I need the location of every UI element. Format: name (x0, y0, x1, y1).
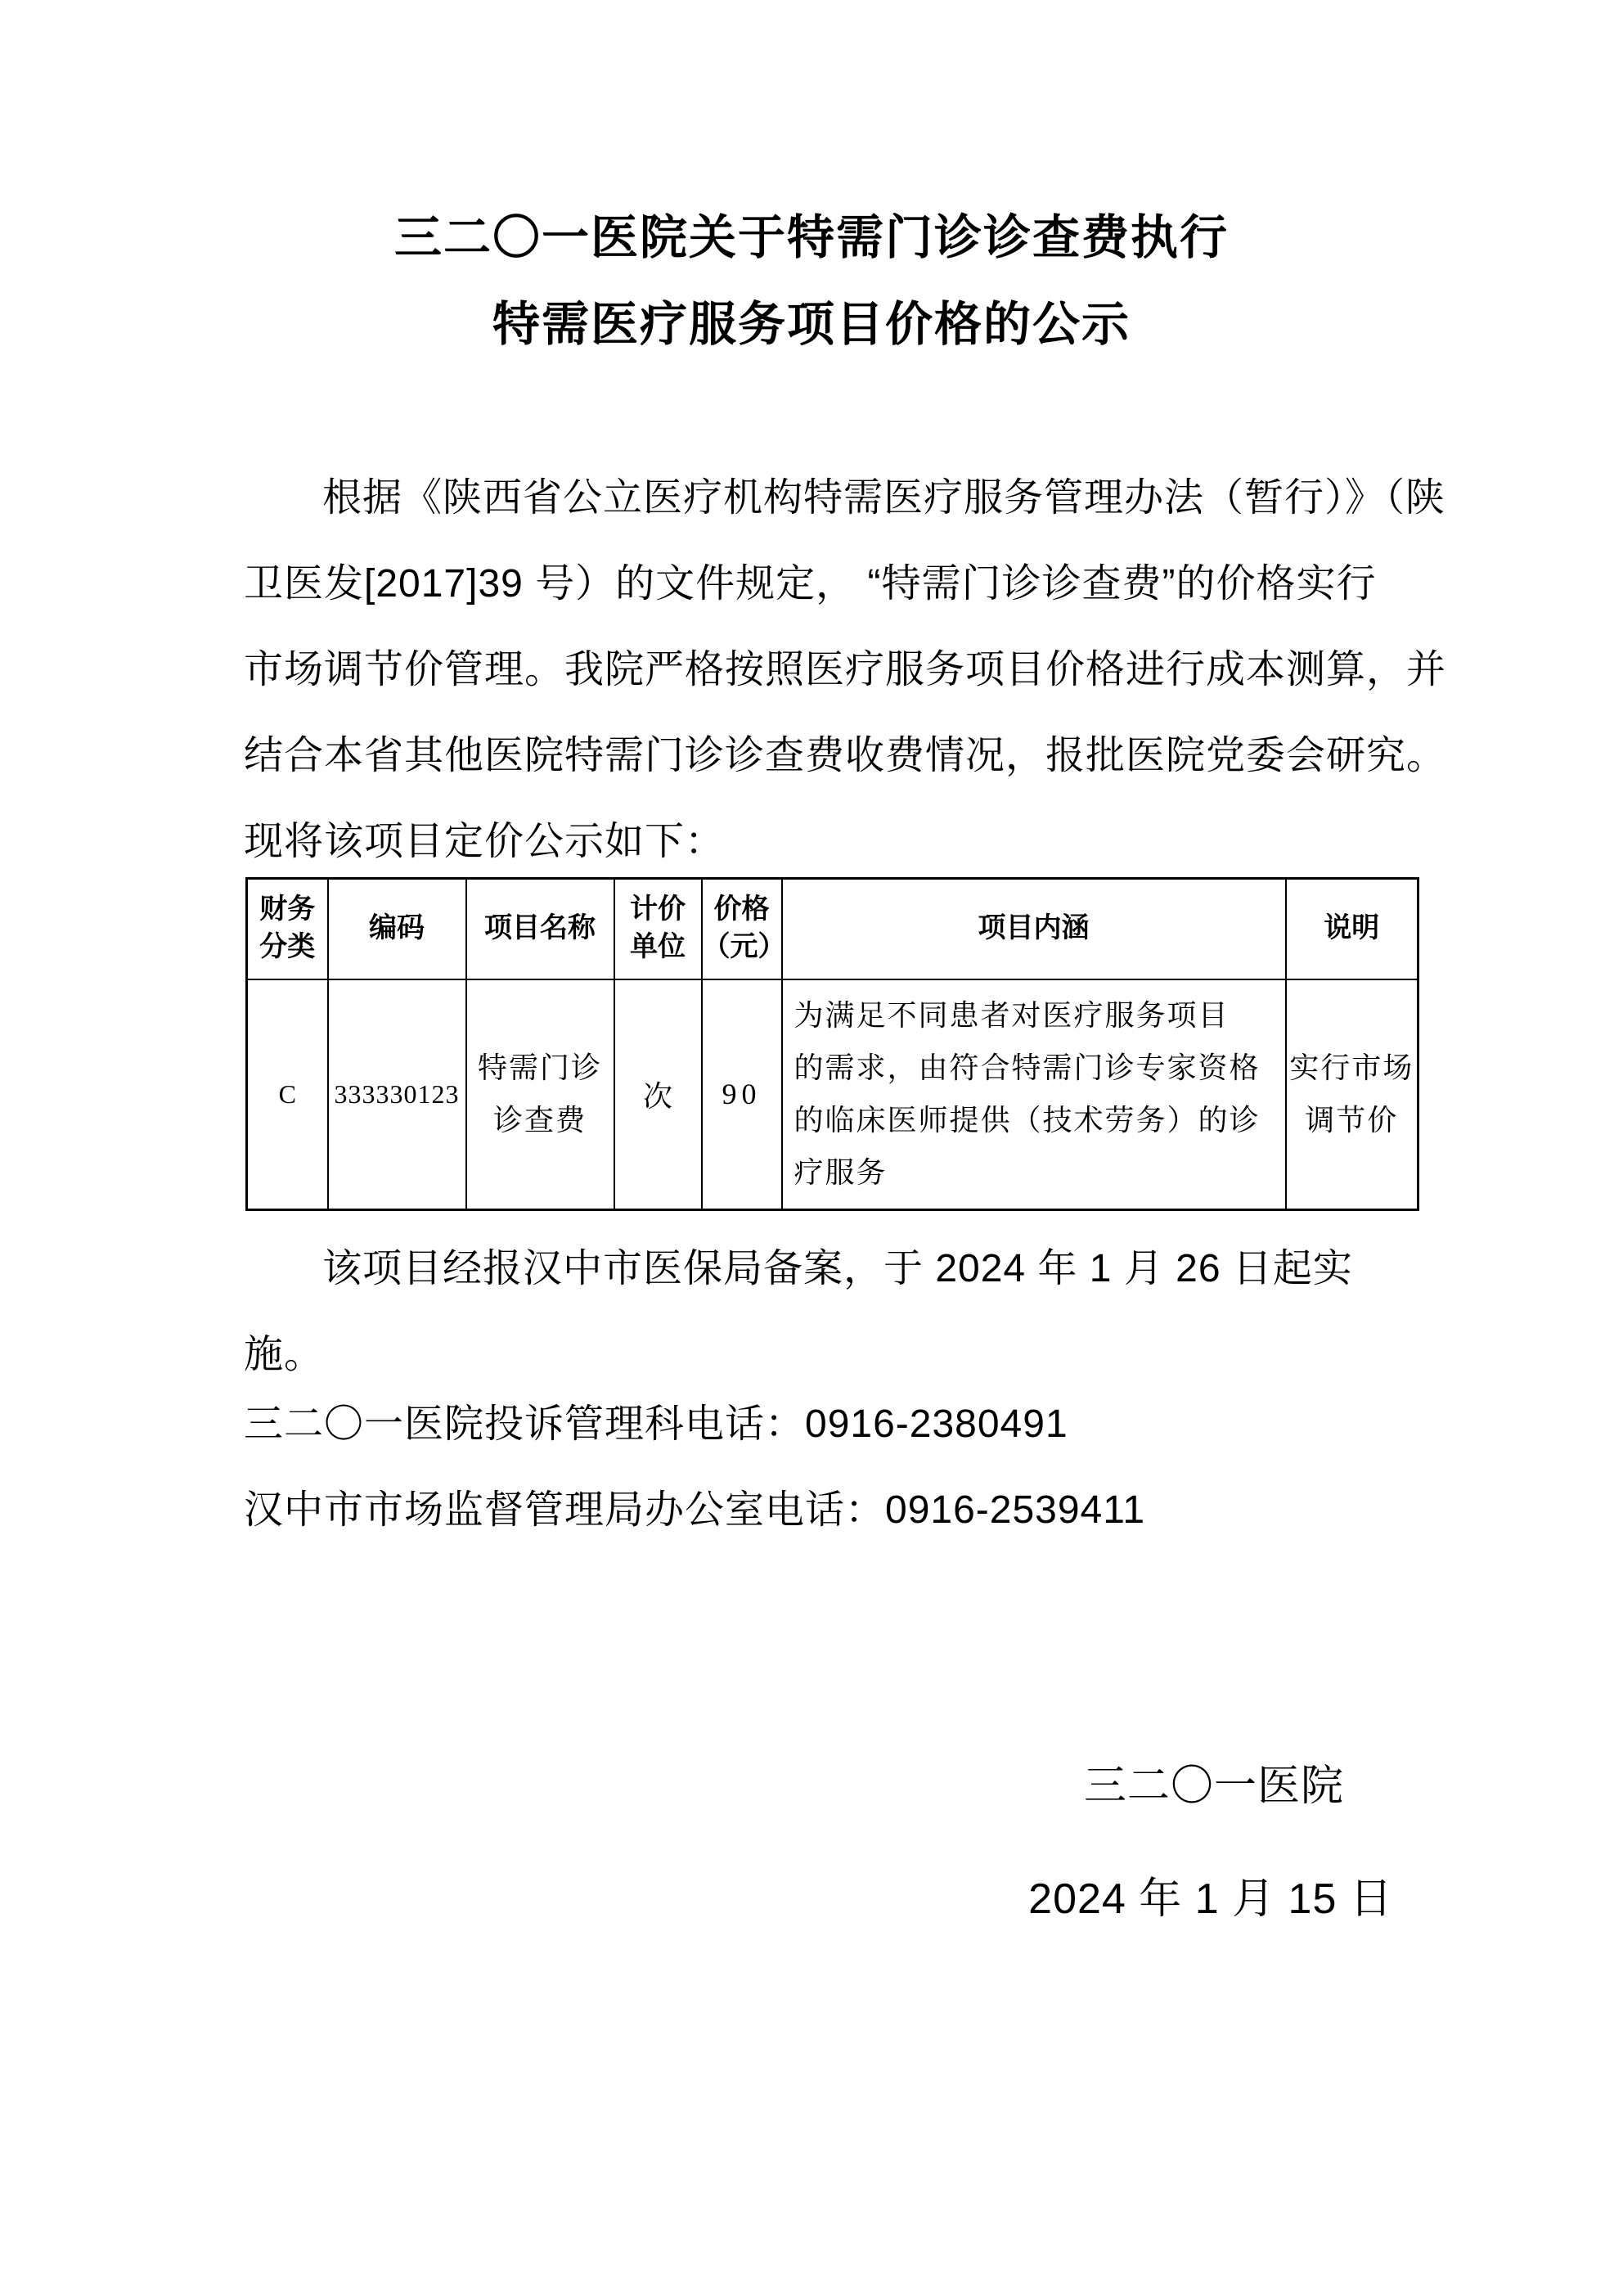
paragraph-line: 市场调节价管理。我院严格按照医疗服务项目价格进行成本测算，并 (244, 627, 1387, 713)
paragraph-line: 现将该项目定价公示如下： (244, 799, 1387, 885)
intro-paragraph: 根据《陕西省公立医疗机构特需医疗服务管理办法（暂行）》（陕 卫医发[2017]3… (244, 455, 1387, 885)
implementation-line: 该项目经报汉中市医保局备案，于 2024 年 1 月 26 日起实施。 (244, 1226, 1387, 1398)
implementation-statement: 该项目经报汉中市医保局备案，于 2024 年 1 月 26 日起实施。 (244, 1226, 1387, 1398)
signature-org: 三二〇一医院 (1041, 1751, 1387, 1812)
cell-price: 90 (702, 979, 782, 1210)
cell-unit: 次 (614, 979, 702, 1210)
cell-note: 实行市场 调节价 (1286, 979, 1418, 1210)
document-title-line-1: 三二〇一医院关于特需门诊诊查费执行 (0, 195, 1623, 281)
header-description: 项目内涵 (782, 879, 1286, 979)
header-finance-category: 财务 分类 (247, 879, 328, 979)
paragraph-line: 卫医发[2017]39 号）的文件规定， “特需门诊诊查费”的价格实行 (244, 541, 1387, 627)
header-code: 编码 (328, 879, 466, 979)
hospital-complaint-phone: 三二〇一医院投诉管理科电话：0916-2380491 (244, 1381, 1387, 1467)
cell-code: 333330123 (328, 979, 466, 1210)
cell-item-name: 特需门诊 诊查费 (466, 979, 614, 1210)
cell-finance-category: C (247, 979, 328, 1210)
header-unit: 计价 单位 (614, 879, 702, 979)
header-price: 价格 （元） (702, 879, 782, 979)
document-page: 三二〇一医院关于特需门诊诊查费执行 特需医疗服务项目价格的公示 根据《陕西省公立… (0, 0, 1623, 2296)
header-item-name: 项目名称 (466, 879, 614, 979)
paragraph-line: 根据《陕西省公立医疗机构特需医疗服务管理办法（暂行）》（陕 (244, 455, 1387, 541)
header-note: 说明 (1286, 879, 1418, 979)
table-row: C 333330123 特需门诊 诊查费 次 90 为满足不同患者对医疗服务项目… (247, 979, 1418, 1210)
table-header-row: 财务 分类 编码 项目名称 计价 单位 价格 （元） 项目内涵 说明 (247, 879, 1418, 979)
document-title: 三二〇一医院关于特需门诊诊查费执行 特需医疗服务项目价格的公示 (0, 195, 1623, 368)
cell-description: 为满足不同患者对医疗服务项目 的需求，由符合特需门诊专家资格 的临床医师提供（技… (782, 979, 1286, 1210)
paragraph-line: 结合本省其他医院特需门诊诊查费收费情况，报批医院党委会研究。 (244, 713, 1387, 799)
contact-section: 三二〇一医院投诉管理科电话：0916-2380491 汉中市市场监督管理局办公室… (244, 1381, 1387, 1553)
document-title-line-2: 特需医疗服务项目价格的公示 (0, 281, 1623, 368)
signature-date: 2024 年 1 月 15 日 (1014, 1864, 1407, 1925)
market-supervision-phone: 汉中市市场监督管理局办公室电话：0916-2539411 (244, 1467, 1387, 1553)
pricing-table: 财务 分类 编码 项目名称 计价 单位 价格 （元） 项目内涵 说明 C 333… (245, 877, 1419, 1211)
